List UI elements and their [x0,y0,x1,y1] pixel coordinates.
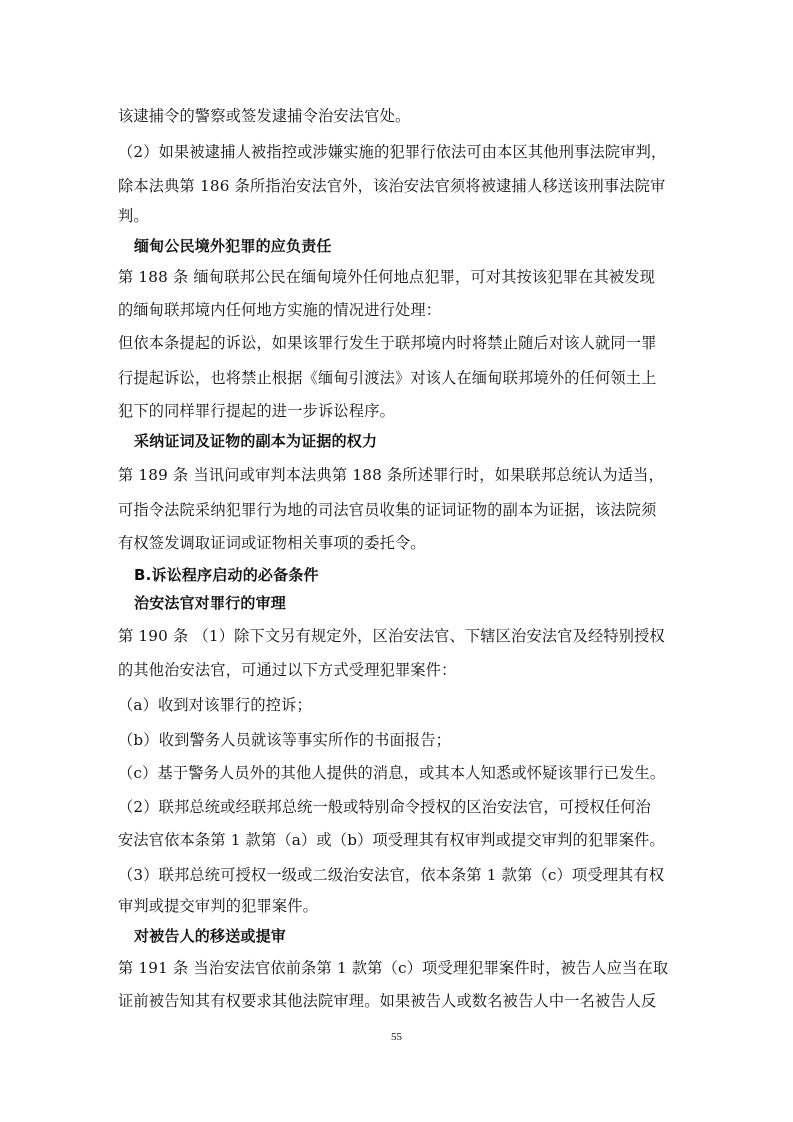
body-text-line: （2）如果被逮捕人被指控或涉嫌实施的犯罪行依法可由本区其他刑事法院审判， [118,142,688,162]
body-text-line: （3）联邦总统可授权一级或二级治安法官，依本条第 1 款第（c）项受理其有权 [118,865,688,885]
body-text-line: 证前被告知其有权要求其他法院审理。如果被告人或数名被告人中一名被告人反 [118,991,688,1011]
body-text-line: （b）收到警务人员就该等事实所作的书面报告； [118,730,688,750]
section-heading: 采纳证词及证物的副本为证据的权力 [134,431,704,451]
body-text-line: （2）联邦总统或经联邦总统一般或特别命令授权的区治安法官，可授权任何治 [118,797,688,817]
page-number: 55 [0,1031,793,1043]
body-text-line: 该逮捕令的警察或签发逮捕令治安法官处。 [118,106,688,126]
body-text-line: 可指令法院采纳犯罪行为地的司法官员收集的证词证物的副本为证据，该法院须 [118,500,688,520]
section-heading: 对被告人的移送或提审 [134,926,704,946]
section-heading: B.诉讼程序启动的必备条件 [134,565,704,585]
body-text-line: 有权签发调取证词或证物相关事项的委托令。 [118,533,688,553]
body-text-line: 的其他治安法官，可通过以下方式受理犯罪案件： [118,660,688,680]
section-heading: 缅甸公民境外犯罪的应负责任 [134,236,704,256]
body-text-line: 第 190 条 （1）除下文另有规定外，区治安法官、下辖区治安法官及经特别授权 [118,626,688,646]
body-text-line: 行提起诉讼，也将禁止根据《缅甸引渡法》对该人在缅甸联邦境外的任何领土上 [118,368,688,388]
body-text-line: 除本法典第 186 条所指治安法官外，该治安法官须将被逮捕人移送该刑事法院审 [118,176,688,196]
body-text-line: （c）基于警务人员外的其他人提供的消息，或其本人知悉或怀疑该罪行已发生。 [118,763,688,783]
body-text-line: 第 188 条 缅甸联邦公民在缅甸境外任何地点犯罪，可对其按该犯罪在其被发现 [118,267,688,287]
section-heading: 治安法官对罪行的审理 [134,593,704,613]
body-text-line: 第 189 条 当讯问或审判本法典第 188 条所述罪行时，如果联邦总统认为适当… [118,465,688,485]
body-text-line: 第 191 条 当治安法官依前条第 1 款第（c）项受理犯罪案件时，被告人应当在… [118,958,688,978]
body-text-line: 安法官依本条第 1 款第（a）或（b）项受理其有权审判或提交审判的犯罪案件。 [118,830,688,850]
body-text-line: 的缅甸联邦境内任何地方实施的情况进行处理： [118,300,688,320]
body-text-line: 但依本条提起的诉讼，如果该罪行发生于联邦境内时将禁止随后对该人就同一罪 [118,333,688,353]
body-text-line: 判。 [118,206,688,226]
body-text-line: 犯下的同样罪行提起的进一步诉讼程序。 [118,401,688,421]
body-text-line: 审判或提交审判的犯罪案件。 [118,896,688,916]
body-text-line: （a）收到对该罪行的控诉； [118,695,688,715]
